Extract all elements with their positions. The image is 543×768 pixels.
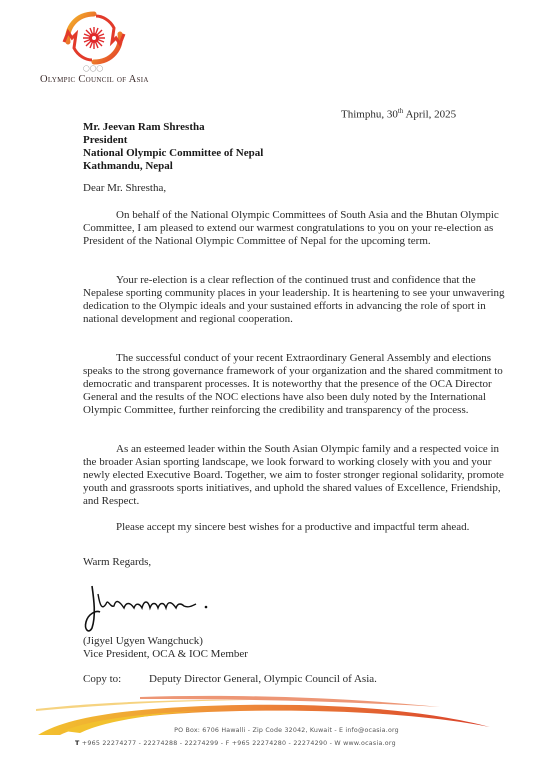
recipient-title: President	[83, 134, 263, 147]
letter-date: Thimphu, 30th April, 2025	[341, 107, 456, 121]
letterhead-logo: ◯◯◯ Olympic Council of Asia	[40, 8, 160, 93]
closing: Warm Regards,	[83, 556, 151, 568]
body-paragraph: Please accept my sincere best wishes for…	[83, 521, 513, 534]
signer-name: (Jigyel Ugyen Wangchuck)	[83, 635, 248, 648]
body-paragraph: Your re-election is a clear reflection o…	[83, 274, 513, 326]
organization-name: Olympic Council of Asia	[40, 74, 200, 85]
footer-address: PO Box: 6706 Hawalli - Zip Code 32042, K…	[0, 727, 543, 734]
copy-to-label: Copy to:	[83, 673, 149, 685]
recipient-address: Mr. Jeevan Ram Shrestha President Nation…	[83, 121, 263, 173]
copy-to-value: Deputy Director General, Olympic Council…	[149, 673, 377, 685]
olympic-rings-icon: ◯◯◯	[83, 65, 103, 72]
copy-to-line: Copy to:Deputy Director General, Olympic…	[83, 673, 377, 685]
footer-contact: T +965 22274277 - 22274288 - 22274299 - …	[75, 740, 396, 747]
recipient-organization: National Olympic Committee of Nepal	[83, 147, 263, 160]
signer-title: Vice President, OCA & IOC Member	[83, 648, 248, 661]
handwritten-signature-icon	[80, 580, 220, 640]
body-paragraph: On behalf of the National Olympic Commit…	[83, 209, 513, 248]
body-paragraph: The successful conduct of your recent Ex…	[83, 352, 513, 417]
recipient-name: Mr. Jeevan Ram Shrestha	[83, 121, 263, 134]
oca-sun-dragon-logo-icon	[54, 8, 134, 70]
salutation: Dear Mr. Shrestha,	[83, 182, 166, 194]
recipient-location: Kathmandu, Nepal	[83, 160, 263, 173]
body-paragraph: As an esteemed leader within the South A…	[83, 443, 513, 508]
signer-block: (Jigyel Ugyen Wangchuck) Vice President,…	[83, 635, 248, 661]
